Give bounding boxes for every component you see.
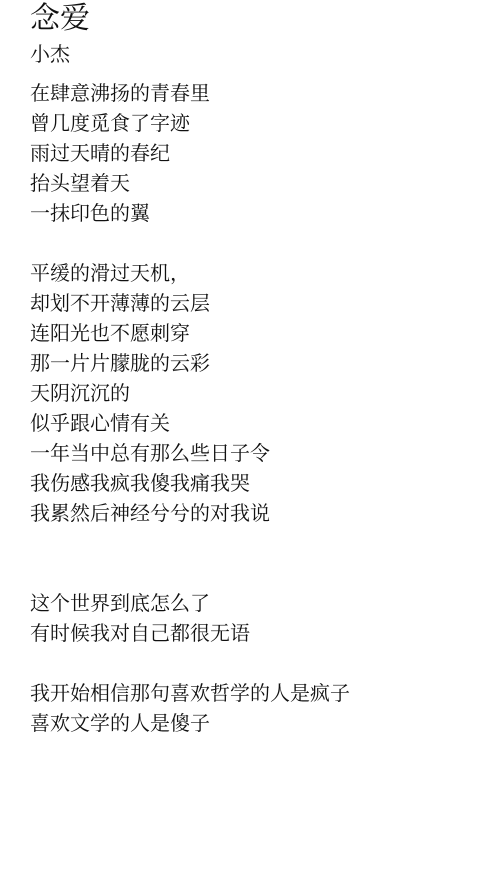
lyric-line: 喜欢文学的人是傻子: [30, 708, 350, 738]
lyric-line: [30, 228, 350, 258]
lyric-line: [30, 648, 350, 678]
lyric-line: 一年当中总有那么些日子令: [30, 438, 350, 468]
lyric-line: [30, 528, 350, 558]
lyric-line: 我累然后神经兮兮的对我说: [30, 498, 350, 528]
lyric-line: 有时候我对自己都很无语: [30, 618, 350, 648]
song-title: 念爱: [30, 0, 90, 38]
lyric-line: 一抹印色的翼: [30, 198, 350, 228]
lyric-line: 天阴沉沉的: [30, 378, 350, 408]
lyric-line: 在肆意沸扬的青春里: [30, 78, 350, 108]
lyric-line: 那一片片朦胧的云彩: [30, 348, 350, 378]
song-artist: 小杰: [30, 40, 70, 68]
lyric-line: 曾几度觅食了字迹: [30, 108, 350, 138]
lyric-line: 这个世界到底怎么了: [30, 588, 350, 618]
lyric-line: 雨过天晴的春纪: [30, 138, 350, 168]
lyric-line: 我伤感我疯我傻我痛我哭: [30, 468, 350, 498]
lyric-line: [30, 558, 350, 588]
lyric-line: 我开始相信那句喜欢哲学的人是疯子: [30, 678, 350, 708]
lyrics-body: 在肆意沸扬的青春里 曾几度觅食了字迹 雨过天晴的春纪 抬头望着天 一抹印色的翼 …: [30, 78, 350, 738]
lyric-line: 似乎跟心情有关: [30, 408, 350, 438]
lyric-line: 平缓的滑过天机，: [30, 258, 350, 288]
lyric-line: 抬头望着天: [30, 168, 350, 198]
lyric-line: 连阳光也不愿刺穿: [30, 318, 350, 348]
lyric-line: 却划不开薄薄的云层: [30, 288, 350, 318]
